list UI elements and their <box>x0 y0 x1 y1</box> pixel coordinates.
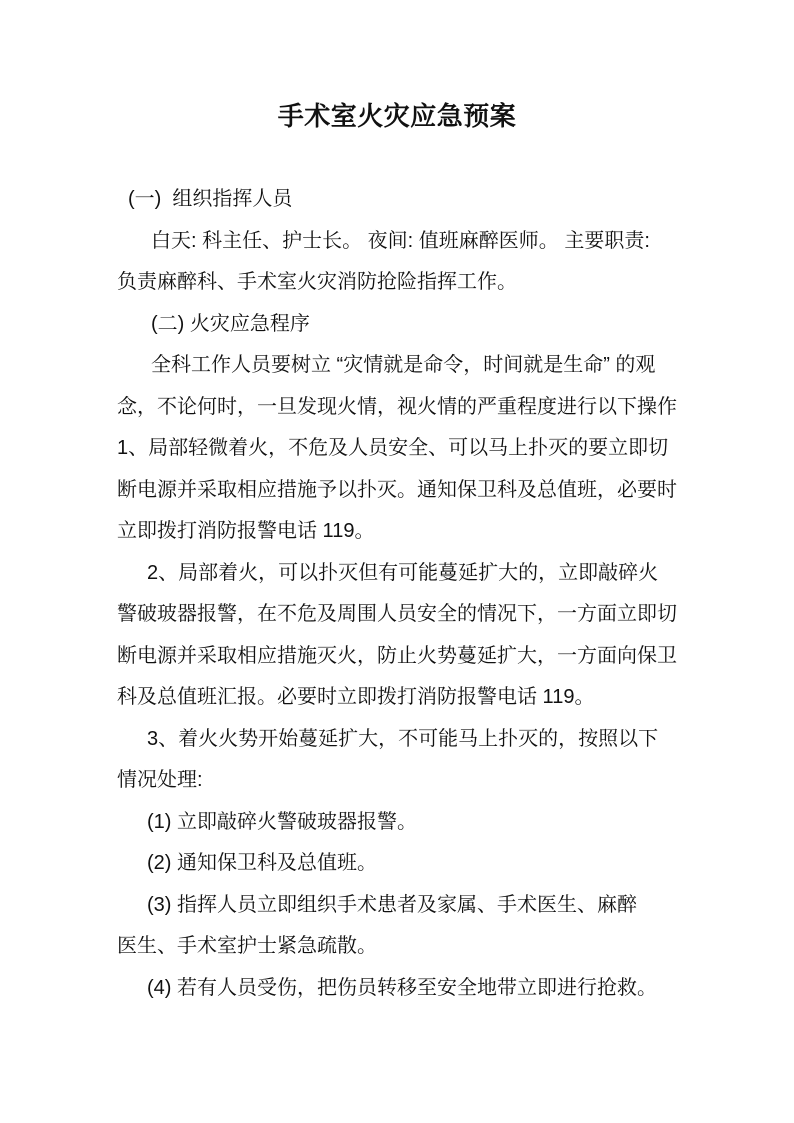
text-line: 警破玻器报警，在不危及周围人员安全的情况下，一方面立即切 <box>117 594 682 636</box>
document-page: 手术室火灾应急预案 (一) 组织指挥人员 白天: 科主任、护士长。 夜间: 值班… <box>0 0 794 1123</box>
section-heading-1: (一) 组织指挥人员 <box>117 179 682 221</box>
text-line: 断电源并采取相应措施灭火，防止火势蔓延扩大，一方面向保卫 <box>117 636 682 678</box>
text-line-item-3: 3、着火火势开始蔓延扩大，不可能马上扑灭的，按照以下 <box>117 719 682 761</box>
document-title: 手术室火灾应急预案 <box>0 100 794 132</box>
document-body: (一) 组织指挥人员 白天: 科主任、护士长。 夜间: 值班麻醉医师。 主要职责… <box>117 179 682 1009</box>
text-line: 白天: 科主任、护士长。 夜间: 值班麻醉医师。 主要职责: <box>117 221 682 263</box>
text-line-subitem-3: (3) 指挥人员立即组织手术患者及家属、手术医生、麻醉 <box>117 885 682 927</box>
text-line-subitem-4: (4) 若有人员受伤，把伤员转移至安全地带立即进行抢救。 <box>117 968 682 1010</box>
text-line: 立即拨打消防报警电话 119。 <box>117 511 682 553</box>
text-line: 情况处理: <box>117 760 682 802</box>
text-line: 负责麻醉科、手术室火灾消防抢险指挥工作。 <box>117 262 682 304</box>
text-line: 全科工作人员要树立 “灾情就是命令，时间就是生命” 的观 <box>117 345 682 387</box>
text-line: 断电源并采取相应措施予以扑灭。通知保卫科及总值班，必要时 <box>117 470 682 512</box>
text-line-subitem-1: (1) 立即敲碎火警破玻器报警。 <box>117 802 682 844</box>
text-line: 念，不论何时，一旦发现火情，视火情的严重程度进行以下操作 <box>117 387 682 429</box>
text-line: 科及总值班汇报。必要时立即拨打消防报警电话 119。 <box>117 677 682 719</box>
section-heading-2: (二) 火灾应急程序 <box>117 304 682 346</box>
text-line-item-1: 1、局部轻微着火，不危及人员安全、可以马上扑灭的要立即切 <box>117 428 682 470</box>
text-line-subitem-2: (2) 通知保卫科及总值班。 <box>117 843 682 885</box>
text-line-item-2: 2、局部着火，可以扑灭但有可能蔓延扩大的，立即敲碎火 <box>117 553 682 595</box>
text-line: 医生、手术室护士紧急疏散。 <box>117 926 682 968</box>
